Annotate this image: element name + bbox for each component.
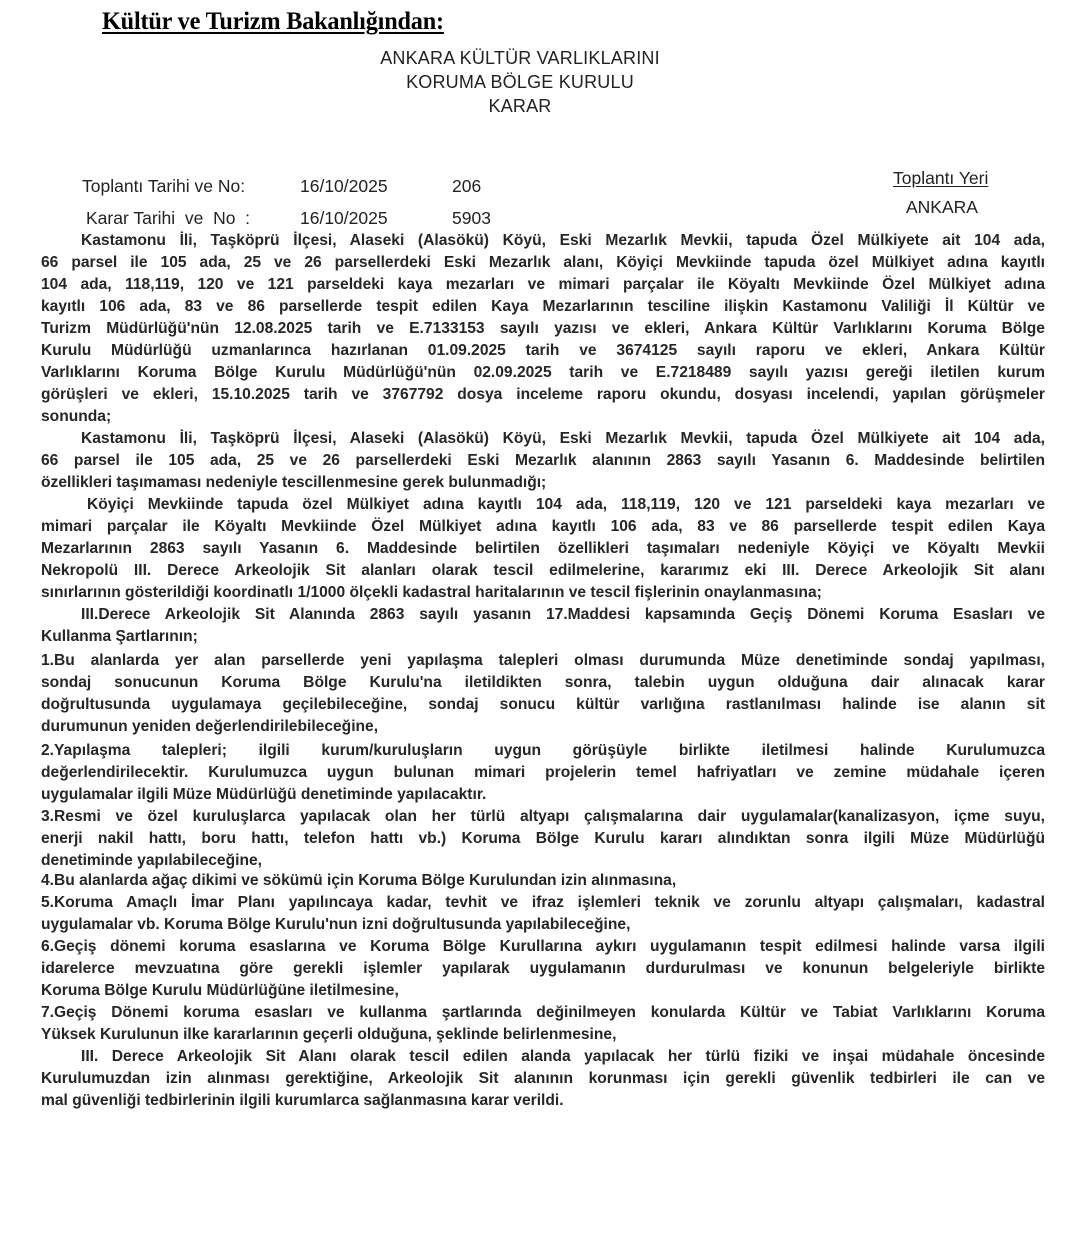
body-line: III. Derece Arkeolojik Sit Alanı olarak … — [81, 1046, 1045, 1068]
document-type: KARAR — [260, 96, 780, 117]
body-line: sonunda; — [41, 406, 1045, 428]
body-line: kayıtlı 106 ada, 83 ve 86 parsellerde te… — [41, 296, 1045, 318]
body-line: Kurulumuzdan izin alınması gerektiğine, … — [41, 1068, 1045, 1090]
body-line: sınırlarının gösterildiği koordinatlı 1/… — [41, 582, 1045, 604]
body-line: mal güvenliği tedbirlerinin ilgili kurum… — [41, 1090, 1045, 1112]
body-line: denetiminde yapılabileceğine, — [41, 850, 1045, 872]
body-line: 7.Geçiş Dönemi koruma esasları ve kullan… — [41, 1002, 1045, 1024]
body-line: 3.Resmi ve özel kuruluşlarca yapılacak o… — [41, 806, 1045, 828]
body-line: idarelerce mevzuatına göre gerekli işlem… — [41, 958, 1045, 980]
decision-number: 5903 — [452, 208, 491, 229]
body-line: Yüksek Kurulunun ilke kararlarının geçer… — [41, 1024, 1045, 1046]
body-line: uygulamalar vb. Koruma Bölge Kurulu'nun … — [41, 914, 1045, 936]
body-line: Turizm Müdürlüğü'nün 12.08.2025 tarih ve… — [41, 318, 1045, 340]
body-line: 66 parsel ile 105 ada, 25 ve 26 parselle… — [41, 450, 1045, 472]
body-line: Mezarlarının 2863 sayılı Yasanın 6. Madd… — [41, 538, 1045, 560]
body-line: Koruma Bölge Kurulu Müdürlüğüne iletilme… — [41, 980, 1045, 1002]
body-line: durumunun yeniden değerlendirilebileceği… — [41, 716, 1045, 738]
body-line: Kullanma Şartlarının; — [41, 626, 1045, 648]
body-line: görüşleri ve ekleri, 15.10.2025 tarih ve… — [41, 384, 1045, 406]
body-line: 4.Bu alanlarda ağaç dikimi ve sökümü içi… — [41, 870, 1045, 892]
authority-line-1: ANKARA KÜLTÜR VARLIKLARINI — [260, 48, 780, 69]
body-line: Kastamonu İli, Taşköprü İlçesi, Alaseki … — [81, 230, 1045, 252]
meeting-date: 16/10/2025 — [300, 176, 388, 197]
body-line: uygulamalar ilgili Müze Müdürlüğü deneti… — [41, 784, 1045, 806]
ministry-heading: Kültür ve Turizm Bakanlığından: — [102, 8, 444, 36]
body-line: 2.Yapılaşma talepleri; ilgili kurum/kuru… — [41, 740, 1045, 762]
meeting-place-value: ANKARA — [906, 197, 978, 218]
body-line: Kastamonu İli, Taşköprü İlçesi, Alaseki … — [81, 428, 1045, 450]
body-line: mimari parçalar ile Köyaltı Mevkiinde Öz… — [41, 516, 1045, 538]
body-line: Varlıklarını Koruma Bölge Kurulu Müdürlü… — [41, 362, 1045, 384]
decision-label: Karar Tarihi ve No : — [86, 208, 250, 229]
meeting-number: 206 — [452, 176, 481, 197]
body-line: enerji nakil hattı, boru hattı, telefon … — [41, 828, 1045, 850]
body-line: değerlendirilecektir. Kurulumuzca uygun … — [41, 762, 1045, 784]
body-line: doğrultusunda uygulamaya geçilebileceğin… — [41, 694, 1045, 716]
body-line: Köyiçi Mevkiinde tapuda özel Mülkiyet ad… — [87, 494, 1045, 516]
decision-date: 16/10/2025 — [300, 208, 388, 229]
body-line: 5.Koruma Amaçlı İmar Planı yapılıncaya k… — [41, 892, 1045, 914]
body-line: 1.Bu alanlarda yer alan parsellerde yeni… — [41, 650, 1045, 672]
body-line: 6.Geçiş dönemi koruma esaslarına ve Koru… — [41, 936, 1045, 958]
body-line: 104 ada, 118,119, 120 ve 121 parseldeki … — [41, 274, 1045, 296]
body-line: özellikleri taşımaması nedeniyle tescill… — [41, 472, 1045, 494]
body-line: Nekropolü III. Derece Arkeolojik Sit ala… — [41, 560, 1045, 582]
meeting-label: Toplantı Tarihi ve No: — [82, 176, 245, 197]
body-line: 66 parsel ile 105 ada, 25 ve 26 parselle… — [41, 252, 1045, 274]
authority-line-2: KORUMA BÖLGE KURULU — [260, 72, 780, 93]
body-line: sondaj sonucunun Koruma Bölge Kurulu'na … — [41, 672, 1045, 694]
body-line: Kurulu Müdürlüğü uzmanlarınca hazırlanan… — [41, 340, 1045, 362]
meeting-place-label: Toplantı Yeri — [893, 168, 988, 189]
body-line: III.Derece Arkeolojik Sit Alanında 2863 … — [81, 604, 1045, 626]
